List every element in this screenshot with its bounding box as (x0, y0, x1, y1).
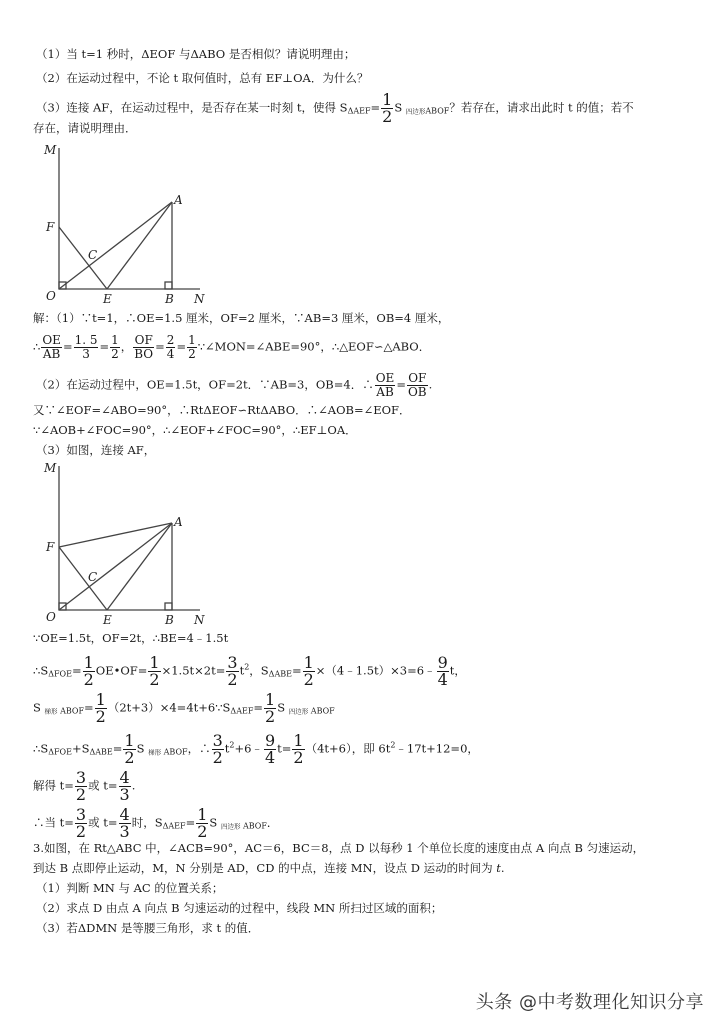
text: t， (450, 664, 466, 678)
geometry-figure-1: M F C O E B N A (40, 140, 220, 314)
numerator: 1 (110, 334, 120, 348)
text: （4t+6），即 6t (306, 742, 391, 756)
fraction: 32 (75, 807, 87, 840)
fraction: OFBO (133, 334, 154, 361)
subscript: ΔAEF (348, 107, 371, 116)
text: 或 t= (88, 816, 117, 830)
denominator: 2 (110, 348, 120, 361)
text: = (292, 664, 302, 678)
problem3-q2: （2）求点 D 由点 A 向点 B 匀速运动的过程中，线段 MN 所扫过区域的面… (36, 900, 442, 916)
text: 到达 B 点即停止运动，M，N 分别是 AD，CD 的中点，连接 MN，设点 D… (33, 861, 496, 875)
denominator: 4 (437, 672, 449, 688)
solution-line-4: 又∵∠EOF=∠ABO=90°，∴RtΔEOF∽RtΔABO．∴∠AOB=∠EO… (33, 402, 411, 418)
watermark: 头条 @中考数理化知识分享 (476, 988, 704, 1014)
fraction: OFOB (407, 372, 428, 399)
subscript: ΔAEF (230, 707, 253, 716)
text: ， (121, 340, 133, 354)
fraction: 43 (119, 770, 131, 803)
text: ，S (249, 664, 268, 678)
denominator: 4 (264, 750, 276, 766)
subscript: ΔAEF (163, 822, 186, 831)
text: . (501, 861, 505, 875)
part3-line-6: ∴当 t=32或 t=43时，SΔAEF=12S 四边形 ABOF． (33, 807, 278, 840)
denominator: 2 (381, 109, 393, 125)
text: S (209, 816, 217, 830)
label-f: F (45, 220, 55, 234)
label-o: O (46, 289, 56, 303)
problem3-line-2: 到达 B 点即停止运动，M，N 分别是 AD，CD 的中点，连接 MN，设点 D… (33, 860, 505, 876)
problem3-q3: （3）若ΔDMN 是等腰三角形，求 t 的值． (36, 920, 259, 936)
fraction: 1. 53 (74, 334, 99, 361)
numerator: OF (133, 334, 154, 348)
text: ∴S (33, 742, 48, 756)
text: 解得 t= (33, 779, 74, 793)
geometry-figure-2: M F C O E B N A (40, 460, 220, 634)
denominator: 3 (74, 348, 99, 361)
numerator: 2 (166, 334, 176, 348)
text: +6﹣ (234, 742, 262, 756)
text: S (137, 742, 145, 756)
text: 时，S (132, 816, 163, 830)
text: ∴S (33, 664, 48, 678)
text: （2）在运动过程中，OE=1.5t，OF=2t．∵AB=3，OB=4．∴ (36, 378, 374, 392)
fraction: 24 (166, 334, 176, 361)
part3-line-4: ∴SΔFOE+SΔABE=12S 梯形 ABOF，∴32t2+6﹣94t=12（… (33, 733, 479, 766)
fraction: 12 (303, 655, 315, 688)
denominator: 2 (303, 672, 315, 688)
denominator: 2 (123, 750, 135, 766)
text: S (394, 101, 402, 115)
label-b: B (164, 292, 174, 306)
denominator: 2 (196, 824, 208, 840)
figure-1-svg: M F C O E B N A (40, 140, 220, 310)
text: ，∴ (188, 742, 211, 756)
fraction: 12 (148, 655, 160, 688)
text: = (371, 101, 381, 115)
subscript: ABOF (240, 822, 266, 831)
subscript: 四边形 (289, 708, 309, 716)
question-2: （2）在运动过程中，不论 t 取何值时，总有 EF⊥OA．为什么？ (36, 70, 368, 86)
text: . (132, 779, 136, 793)
subscript: ABOF (161, 748, 187, 757)
text: +S (72, 742, 90, 756)
denominator: 2 (95, 709, 107, 725)
denominator: 2 (75, 787, 87, 803)
label-n: N (193, 292, 205, 306)
text: = (253, 701, 263, 715)
solution-line-5: ∵∠AOB+∠FOC=90°，∴∠EOF+∠FOC=90°，∴EF⊥OA． (33, 422, 357, 438)
denominator: AB (41, 348, 62, 361)
denominator: 2 (148, 672, 160, 688)
problem3-line-1: 3.如图，在 Rt△ABC 中，∠ACB=90°，AC＝6，BC＝8，点 D 以… (33, 840, 644, 856)
fraction: 12 (264, 692, 276, 725)
label-e: E (102, 613, 112, 627)
denominator: OB (407, 386, 428, 399)
text: S (277, 701, 285, 715)
numerator: OE (41, 334, 62, 348)
problem3-q1: （1）判断 MN 与 AC 的位置关系； (36, 880, 223, 896)
denominator: 2 (226, 672, 238, 688)
text: ∴当 t= (33, 816, 74, 830)
question-3-cont: 存在，请说明理由． (33, 120, 137, 136)
label-c: C (88, 248, 97, 262)
fraction: 94 (437, 655, 449, 688)
text: = (84, 701, 94, 715)
fraction: 12 (187, 334, 197, 361)
fraction: 43 (119, 807, 131, 840)
text: ×1.5t×2t= (162, 664, 226, 678)
part3-line-3: S 梯形 ABOF=12（2t+3）×4=4t+6∵SΔAEF=12S 四边形 … (33, 692, 335, 725)
fraction: OEAB (375, 372, 396, 399)
text: 或 t= (88, 779, 117, 793)
denominator: AB (375, 386, 396, 399)
fraction: 12 (83, 655, 95, 688)
fraction: 12 (292, 733, 304, 766)
label-n: N (193, 613, 205, 627)
subscript: ABOF (308, 707, 334, 716)
part3-line-1: ∵OE=1.5t，OF=2t，∴BE=4﹣1.5t (33, 630, 228, 646)
subscript: ABOF (425, 107, 449, 116)
label-m: M (43, 461, 57, 475)
text: （2t+3）×4=4t+6∵S (108, 701, 231, 715)
denominator: 2 (292, 750, 304, 766)
subscript: 梯形 (45, 708, 58, 716)
denominator: 2 (212, 750, 224, 766)
denominator: 2 (75, 824, 87, 840)
label-b: B (164, 613, 174, 627)
text: ×（4﹣1.5t）×3=6﹣ (316, 664, 436, 678)
fraction: OEAB (41, 334, 62, 361)
text: = (113, 742, 123, 756)
denominator: 2 (83, 672, 95, 688)
label-o: O (46, 610, 56, 624)
subscript: ΔABE (269, 670, 292, 679)
label-m: M (43, 143, 57, 157)
text: = (72, 664, 82, 678)
subscript: 四边形 (406, 108, 426, 116)
part3-line-5: 解得 t=32或 t=43. (33, 770, 135, 803)
denominator: 2 (264, 709, 276, 725)
text: t= (277, 742, 291, 756)
solution-line-2: ∴OEAB=1. 53=12，OFBO=24=12∵∠MON=∠ABE=90°，… (33, 334, 430, 361)
fraction: 32 (226, 655, 238, 688)
text: ﹣17t+12=0， (395, 742, 478, 756)
subscript: ΔFOE (48, 670, 72, 679)
denominator: 2 (187, 348, 197, 361)
numerator: 1. 5 (74, 334, 99, 348)
text: ？若存在，请求出此时 t 的值；若不 (449, 101, 633, 115)
fraction: 12 (196, 807, 208, 840)
text: （3）连接 AF，在运动过程中，是否存在某一时刻 t，使得 S (36, 101, 348, 115)
figure-2-svg: M F C O E B N A (40, 460, 220, 630)
text: = (186, 816, 196, 830)
text: ． (267, 816, 279, 830)
text: ∴ (33, 340, 40, 354)
fraction: 32 (212, 733, 224, 766)
label-f: F (45, 540, 55, 554)
denominator: BO (133, 348, 154, 361)
label-a: A (173, 193, 183, 207)
text: S (33, 701, 41, 715)
part3-line-2: ∴SΔFOE=12OE•OF=12×1.5t×2t=32t2，SΔABE=12×… (33, 655, 466, 688)
fraction: 12 (123, 733, 135, 766)
numerator: 1 (187, 334, 197, 348)
label-a: A (173, 515, 183, 529)
question-1: （1）当 t=1 秒时，ΔEOF 与ΔABO 是否相似？请说明理由； (36, 46, 355, 62)
fraction: 94 (264, 733, 276, 766)
solution-line-6: （3）如图，连接 AF， (36, 442, 155, 458)
subscript: 四边形 (221, 823, 241, 831)
subscript: ΔFOE (48, 748, 72, 757)
numerator: OF (407, 372, 428, 386)
subscript: ABOF (58, 707, 84, 716)
denominator: 4 (166, 348, 176, 361)
solution-line-1: 解：（1）∵t=1，∴OE=1.5 厘米，OF=2 厘米，∵AB=3 厘米，OB… (33, 310, 449, 326)
text: ∵∠MON=∠ABE=90°，∴△EOF∽△ABO． (198, 340, 431, 354)
fraction: 32 (75, 770, 87, 803)
fraction: 12 (95, 692, 107, 725)
label-e: E (102, 292, 112, 306)
solution-line-3: （2）在运动过程中，OE=1.5t，OF=2t．∵AB=3，OB=4．∴OEAB… (36, 372, 432, 399)
subscript: ΔABE (89, 748, 112, 757)
label-c: C (88, 570, 97, 584)
fraction: 12 (110, 334, 120, 361)
subscript: 梯形 (148, 749, 161, 757)
text: OE•OF= (96, 664, 148, 678)
fraction: 12 (381, 92, 393, 125)
numerator: OE (375, 372, 396, 386)
denominator: 3 (119, 787, 131, 803)
denominator: 3 (119, 824, 131, 840)
